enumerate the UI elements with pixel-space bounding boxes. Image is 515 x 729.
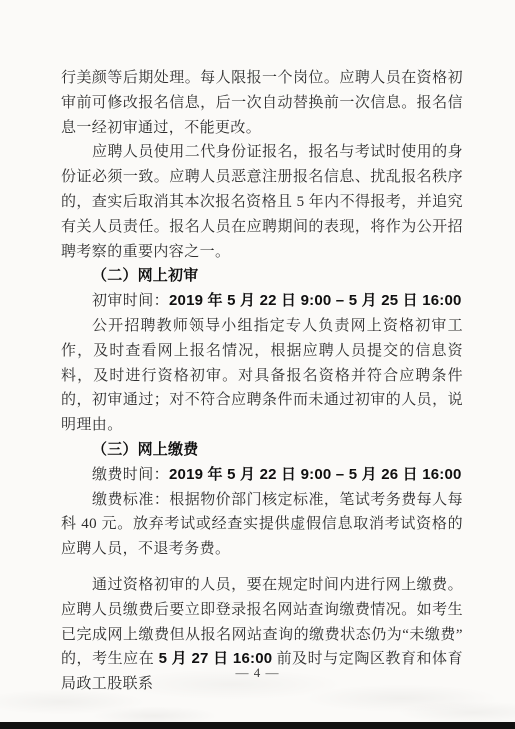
- page-footer: — 4 —: [0, 664, 515, 682]
- section-heading-6: （三）网上缴费: [61, 438, 463, 463]
- section-heading-3: （二）网上初审: [61, 264, 463, 289]
- paragraph-1: 行美颜等后期处理。每人限报一个岗位。应聘人员在资格初审前可修改报名信息，后一次自…: [61, 66, 463, 140]
- body-text-run: 行美颜等后期处理。每人限报一个岗位。应聘人员在资格初审前可修改报名信息，后一次自…: [61, 70, 463, 136]
- bold-text-run: 2019 年 5 月 22 日 9:00 – 5 月 25 日 16:00: [169, 292, 462, 309]
- time-line-4: 初审时间：2019 年 5 月 22 日 9:00 – 5 月 25 日 16:…: [61, 289, 463, 314]
- scanned-document-page: 行美颜等后期处理。每人限报一个岗位。应聘人员在资格初审前可修改报名信息，后一次自…: [0, 0, 515, 729]
- document-body: 行美颜等后期处理。每人限报一个岗位。应聘人员在资格初审前可修改报名信息，后一次自…: [61, 66, 463, 697]
- scan-bottom-edge: [0, 722, 515, 729]
- bold-text-run: 2019 年 5 月 22 日 9:00 – 5 月 26 日 16:00: [169, 466, 462, 483]
- paragraph-5: 公开招聘教师领导小组指定专人负责网上资格初审工作，及时查看网上报名情况，根据应聘…: [61, 314, 463, 438]
- body-text-run: 缴费时间：: [92, 467, 169, 483]
- bold-text-run: （二）网上初审: [92, 267, 198, 284]
- body-text-run: 应聘人员使用二代身份证报名，报名与考试时使用的身份证必须一致。应聘人员恶意注册报…: [61, 144, 463, 259]
- paragraph-2: 应聘人员使用二代身份证报名，报名与考试时使用的身份证必须一致。应聘人员恶意注册报…: [61, 140, 463, 264]
- bold-text-run: （三）网上缴费: [92, 441, 198, 458]
- time-line-7: 缴费时间：2019 年 5 月 22 日 9:00 – 5 月 26 日 16:…: [61, 463, 463, 488]
- body-text-run: 公开招聘教师领导小组指定专人负责网上资格初审工作，及时查看网上报名情况，根据应聘…: [61, 318, 463, 433]
- body-text-run: 初审时间：: [92, 293, 169, 309]
- paragraph-8: 缴费标准：根据物价部门核定标准，笔试考务费每人每科 40 元。放弃考试或经查实提…: [61, 488, 463, 562]
- body-text-run: 缴费标准：根据物价部门核定标准，笔试考务费每人每科 40 元。放弃考试或经查实提…: [61, 492, 463, 558]
- page-number: — 4 —: [236, 665, 280, 680]
